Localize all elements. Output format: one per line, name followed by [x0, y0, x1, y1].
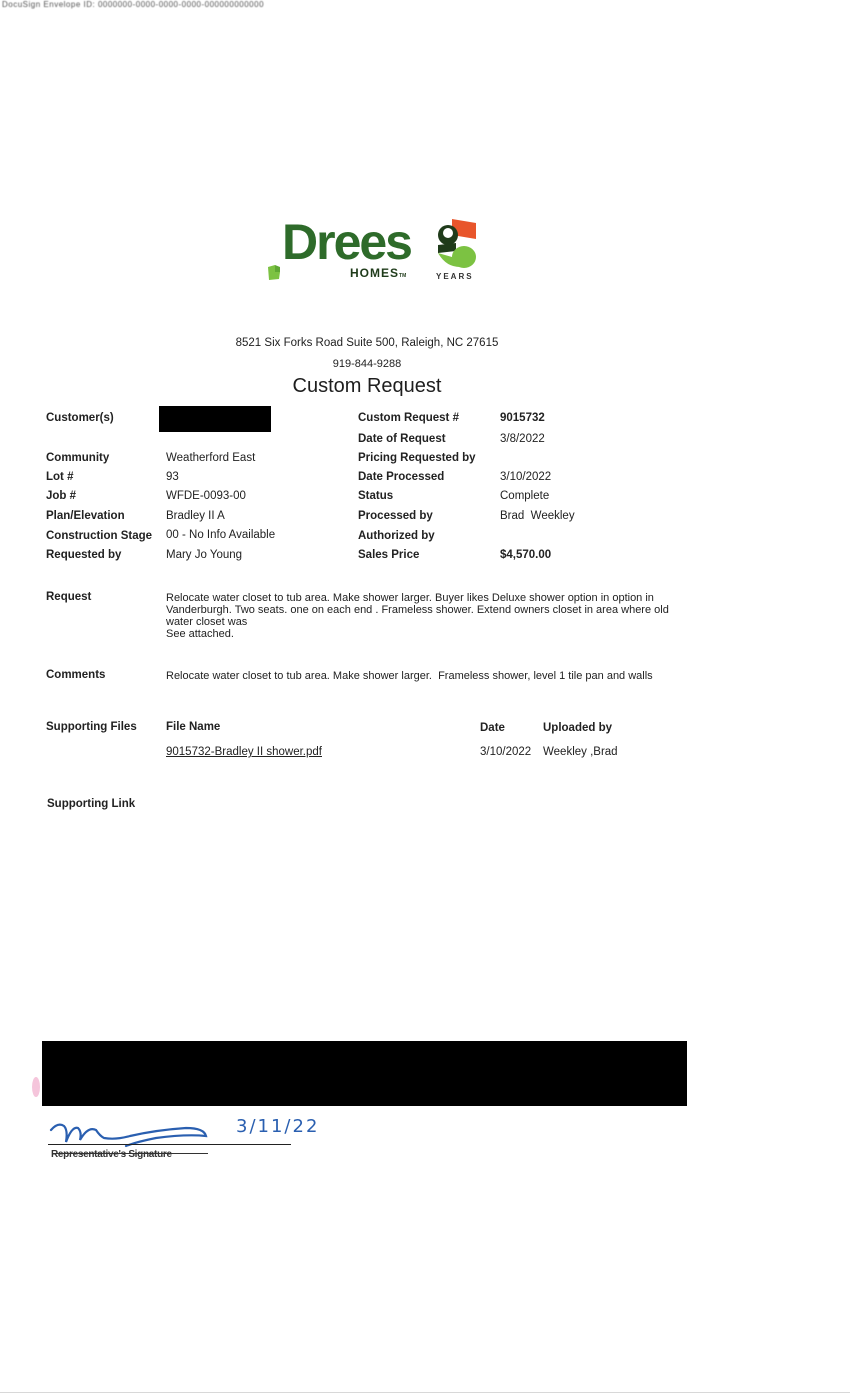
- construction-stage-value: 00 - No Info Available: [166, 529, 275, 541]
- plan-elevation-label: Plan/Elevation: [46, 510, 125, 522]
- supporting-file-date: 3/10/2022: [480, 746, 531, 758]
- community-value: Weatherford East: [166, 452, 255, 464]
- date-of-request-value: 3/8/2022: [500, 433, 545, 445]
- envelope-id-header: DocuSign Envelope ID: 0000000-0000-0000-…: [2, 0, 264, 9]
- comments-label: Comments: [46, 669, 105, 681]
- drees-homes-logo: Drees HOMESTM YEARS: [262, 215, 484, 287]
- comments-text: Relocate water closet to tub area. Make …: [166, 670, 653, 682]
- request-line: water closet was: [166, 616, 686, 628]
- badge-years-text: YEARS: [436, 272, 474, 281]
- job-value: WFDE-0093-00: [166, 490, 246, 502]
- leaf-icon: [266, 263, 282, 281]
- plan-elevation-value: Bradley II A: [166, 510, 225, 522]
- company-address: 8521 Six Forks Road Suite 500, Raleigh, …: [0, 337, 734, 349]
- request-label: Request: [46, 591, 91, 603]
- uploaded-by-column-header: Uploaded by: [543, 722, 612, 734]
- date-processed-value: 3/10/2022: [500, 471, 551, 483]
- signature-line: [48, 1144, 291, 1145]
- page-title: Custom Request: [0, 375, 734, 398]
- page-bottom-edge: [0, 1392, 850, 1393]
- brand-subtitle: HOMESTM: [350, 266, 406, 280]
- brand-wordmark: Drees: [282, 217, 411, 267]
- customers-redacted: [159, 406, 271, 432]
- ink-smudge: [32, 1077, 40, 1097]
- processed-by-value: Brad Weekley: [500, 510, 575, 522]
- requested-by-label: Requested by: [46, 549, 121, 561]
- lot-value: 93: [166, 471, 179, 483]
- signature-caption: Representative's Signature: [51, 1149, 172, 1160]
- job-label: Job #: [46, 490, 76, 502]
- signature-date: 3/11/22: [236, 1116, 319, 1137]
- request-line: Relocate water closet to tub area. Make …: [166, 592, 686, 604]
- supporting-file-uploader: Weekley ,Brad: [543, 746, 618, 758]
- authorized-by-label: Authorized by: [358, 530, 435, 542]
- request-line: See attached.: [166, 628, 686, 640]
- request-line: Vanderburgh. Two seats. one on each end …: [166, 604, 686, 616]
- supporting-link-label: Supporting Link: [47, 798, 135, 810]
- redacted-block: [42, 1041, 687, 1106]
- custom-request-number-label: Custom Request #: [358, 412, 459, 424]
- lot-label: Lot #: [46, 471, 73, 483]
- date-column-header: Date: [480, 722, 505, 734]
- supporting-files-label: Supporting Files: [46, 721, 137, 733]
- sales-price-label: Sales Price: [358, 549, 419, 561]
- community-label: Community: [46, 452, 109, 464]
- construction-stage-label: Construction Stage: [46, 530, 152, 542]
- date-processed-label: Date Processed: [358, 471, 444, 483]
- date-of-request-label: Date of Request: [358, 433, 446, 445]
- processed-by-label: Processed by: [358, 510, 433, 522]
- anniversary-badge-icon: [434, 217, 478, 269]
- status-label: Status: [358, 490, 393, 502]
- sales-price-value: $4,570.00: [500, 549, 551, 561]
- file-name-column-header: File Name: [166, 721, 220, 733]
- customers-label: Customer(s): [46, 412, 114, 424]
- pricing-requested-by-label: Pricing Requested by: [358, 452, 476, 464]
- request-text: Relocate water closet to tub area. Make …: [166, 592, 686, 640]
- supporting-file-link[interactable]: 9015732-Bradley II shower.pdf: [166, 746, 322, 758]
- custom-request-number-value: 9015732: [500, 412, 545, 424]
- status-value: Complete: [500, 490, 549, 502]
- company-phone: 919-844-9288: [0, 358, 734, 370]
- requested-by-value: Mary Jo Young: [166, 549, 242, 561]
